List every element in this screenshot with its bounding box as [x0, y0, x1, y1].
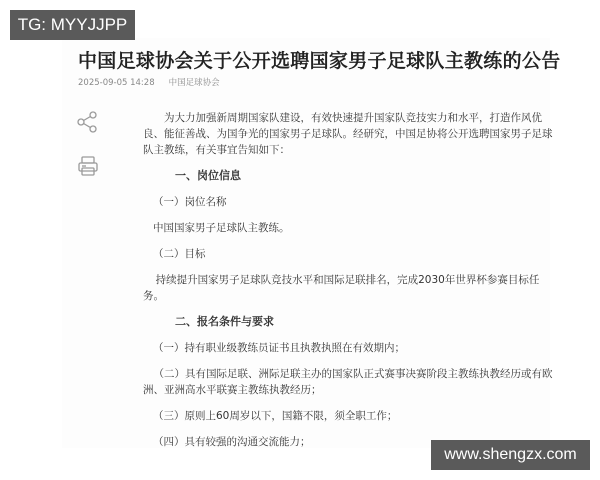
section-heading-requirements: 二、报名条件与要求 [153, 314, 553, 330]
requirement-item-2: （二）具有国际足联、洲际足联主办的国家队正式赛事决赛阶段主教练执教经历或有欧洲、… [143, 366, 553, 398]
subsection-position-name: （一）岗位名称 [153, 194, 553, 210]
intro-paragraph: 为大力加强新周期国家队建设，有效快速提升国家队竞技实力和水平，打造作风优良、能征… [143, 110, 553, 158]
article-title: 中国足球协会关于公开选聘国家男子足球队主教练的公告 [78, 46, 561, 73]
watermark-tag-badge: TG: MYYJJPP [10, 10, 135, 40]
subsection-goal: （二）目标 [153, 246, 553, 262]
section-heading-position-info: 一、岗位信息 [153, 168, 553, 184]
article-source[interactable]: 中国足球协会 [169, 78, 220, 88]
share-icon[interactable] [76, 110, 100, 134]
paragraph-goal-value: 持续提升国家男子足球队竞技水平和国际足联排名，完成2030年世界杯参赛目标任务。 [143, 272, 553, 304]
requirement-item-1: （一）持有职业级教练员证书且执教执照在有效期内； [153, 340, 553, 356]
article-tools [76, 110, 102, 198]
print-icon[interactable] [76, 154, 100, 178]
page: TG: MYYJJPP 中国足球协会关于公开选聘国家男子足球队主教练的公告 20… [0, 0, 600, 480]
requirement-item-3: （三）原则上60周岁以下，国籍不限，须全职工作； [153, 408, 553, 424]
article-date: 2025-09-05 14:28 [78, 78, 155, 88]
paragraph-position-value: 中国国家男子足球队主教练。 [153, 220, 553, 236]
article-body: 为大力加强新周期国家队建设，有效快速提升国家队竞技实力和水平，打造作风优良、能征… [153, 110, 553, 460]
watermark-site-badge: www.shengzx.com [431, 440, 590, 470]
article-meta: 2025-09-05 14:28中国足球协会 [78, 76, 220, 88]
